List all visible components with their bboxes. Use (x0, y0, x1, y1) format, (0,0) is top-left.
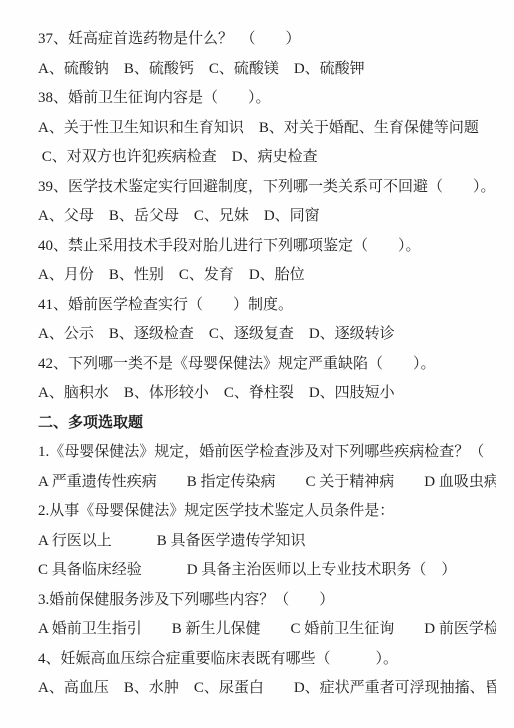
document-line: C 具备临床经验 D 具备主治医师以上专业技术职务（ ） (38, 556, 496, 586)
document-line: A、高血压 B、水肿 C、尿蛋白 D、症状严重者可浮现抽搐、昏迷 (38, 674, 496, 704)
document-line: 38、婚前卫生征询内容是（ ）。 (38, 84, 496, 114)
document-line: 42、下列哪一类不是《母婴保健法》规定严重缺陷（ ）。 (38, 350, 496, 380)
document-line: A、关于性卫生知识和生育知识 B、对关于婚配、生育保健等问题 (38, 114, 496, 144)
document-line: A、硫酸钠 B、硫酸钙 C、硫酸镁 D、硫酸钾 (38, 55, 496, 85)
document-line: 39、医学技术鉴定实行回避制度，下列哪一类关系可不回避（ ）。 (38, 173, 496, 203)
document-line: 2.从事《母婴保健法》规定医学技术鉴定人员条件是： (38, 497, 496, 527)
document-line: A 严重遗传性疾病 B 指定传染病 C 关于精神病 D 血吸虫病 (38, 468, 496, 498)
document-line: 1.《母婴保健法》规定，婚前医学检查涉及对下列哪些疾病检查？（ ） (38, 438, 496, 468)
exam-document-page: 37、妊高症首选药物是什么？ （ ）A、硫酸钠 B、硫酸钙 C、硫酸镁 D、硫酸… (0, 0, 514, 728)
document-line: A、脑积水 B、体形较小 C、脊柱裂 D、四肢短小 (38, 379, 496, 409)
document-line: C、对双方也许犯疾病检查 D、病史检查 (38, 143, 496, 173)
document-line: A、公示 B、逐级检查 C、逐级复查 D、逐级转诊 (38, 320, 496, 350)
document-line: A 婚前卫生指引 B 新生儿保健 C 婚前卫生征询 D 前医学检查 (38, 615, 496, 645)
document-line: 3.婚前保健服务涉及下列哪些内容？（ ） (38, 586, 496, 616)
document-line: 41、婚前医学检查实行（ ）制度。 (38, 291, 496, 321)
document-line: A、父母 B、岳父母 C、兄妹 D、同窗 (38, 202, 496, 232)
document-line: 37、妊高症首选药物是什么？ （ ） (38, 25, 496, 55)
document-line: A 行医以上 B 具备医学遗传学知识 (38, 527, 496, 557)
document-line: 4、妊娠高血压综合症重要临床表既有哪些（ ）。 (38, 645, 496, 675)
section-heading: 二、多项选取题 (38, 409, 496, 439)
document-line: 40、禁止采用技术手段对胎儿进行下列哪项鉴定（ ）。 (38, 232, 496, 262)
document-line: A、月份 B、性别 C、发育 D、胎位 (38, 261, 496, 291)
